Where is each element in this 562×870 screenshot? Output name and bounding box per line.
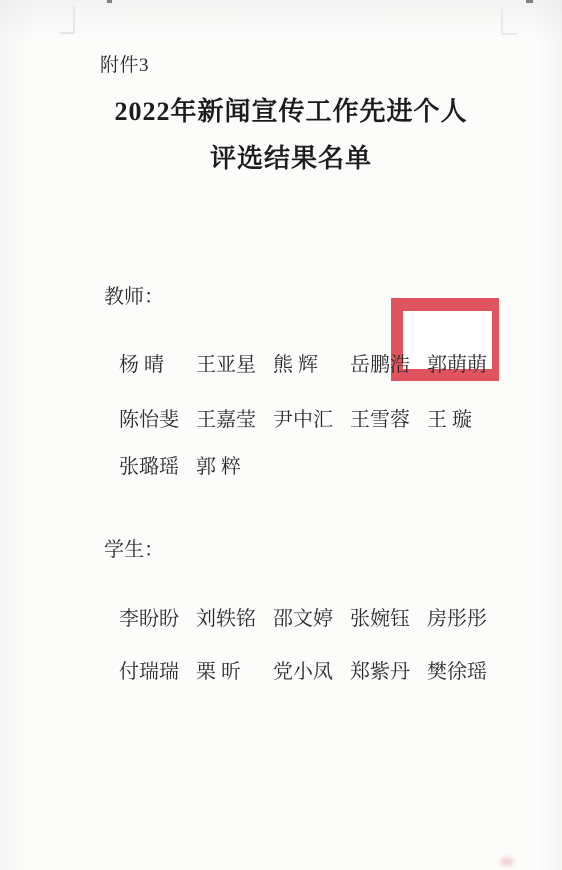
name-item: 房彤彤 bbox=[427, 602, 504, 631]
attachment-label: 附件3 bbox=[100, 50, 149, 77]
name-item-highlighted: 郭萌萌 bbox=[427, 348, 504, 377]
name-item: 张璐瑶 bbox=[119, 450, 196, 479]
name-item: 党小凤 bbox=[273, 655, 350, 684]
doc-title-line2: 评选结果名单 bbox=[20, 138, 562, 175]
section-heading-students: 学生： bbox=[104, 533, 164, 562]
name-item: 王 璇 bbox=[427, 403, 504, 432]
top-edge-artifact-left bbox=[107, 0, 112, 3]
name-item: 郭 粹 bbox=[196, 450, 273, 479]
name-item: 王亚星 bbox=[196, 348, 273, 377]
name-item: 王雪蓉 bbox=[350, 403, 427, 432]
section-heading-teachers: 教师： bbox=[104, 280, 164, 309]
name-item: 熊 辉 bbox=[273, 348, 350, 377]
name-item: 岳鹏浩 bbox=[350, 348, 427, 377]
name-item: 樊徐瑶 bbox=[427, 655, 504, 684]
photo-artifact-smudge bbox=[500, 857, 514, 866]
name-item: 栗 昕 bbox=[196, 655, 273, 684]
student-row-2: 付瑞瑞栗 昕党小凤郑紫丹樊徐瑶 bbox=[103, 637, 504, 702]
name-item: 邵文婷 bbox=[273, 602, 350, 631]
name-item: 张婉钰 bbox=[350, 602, 427, 631]
top-edge-artifact-right bbox=[526, 0, 533, 3]
name-item: 李盼盼 bbox=[119, 602, 196, 631]
name-item: 王嘉莹 bbox=[196, 403, 273, 432]
name-item: 付瑞瑞 bbox=[119, 655, 196, 684]
name-item: 郑紫丹 bbox=[350, 655, 427, 684]
page-margin-corner-left bbox=[60, 6, 75, 34]
name-item: 杨 晴 bbox=[119, 348, 196, 377]
name-item: 陈怡斐 bbox=[119, 403, 196, 432]
name-item: 尹中汇 bbox=[273, 403, 350, 432]
page-margin-corner-right bbox=[501, 8, 517, 35]
document-photo: 附件3 2022年新闻宣传工作先进个人 评选结果名单 教师： 杨 晴王亚星熊 辉… bbox=[0, 0, 562, 870]
teacher-row-3: 张璐瑶郭 粹 bbox=[103, 432, 273, 497]
doc-title-line1: 2022年新闻宣传工作先进个人 bbox=[20, 91, 562, 128]
name-item: 刘轶铭 bbox=[196, 602, 273, 631]
